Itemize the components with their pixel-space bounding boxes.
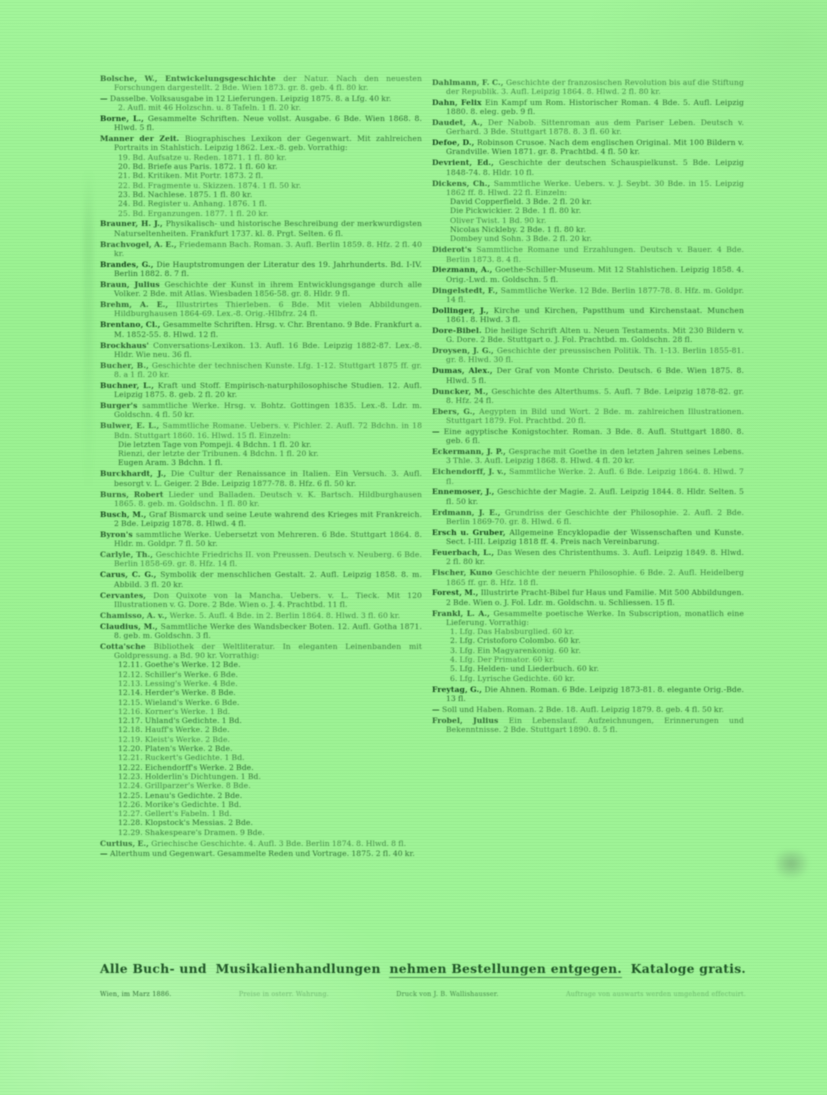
left-margin-scan-streak [84,170,93,490]
catalog-entry: Frankl, L. A., Gesammelte poetische Werk… [432,609,744,628]
catalog-sub-item: 2. Lfg. Cristoforo Colombo. 60 kr. [432,636,744,645]
entry-author-lead: Burger's [100,401,142,410]
footer-notice-line: Alle Buch- und Musikalienhandlungen nehm… [100,961,746,981]
catalog-entry: Burger's sammtliche Werke. Hrsg. v. Boht… [100,401,422,420]
entry-author-lead: Freytag, G., [432,685,484,694]
catalog-entry: Chamisso, A. v., Werke. 5. Aufl. 4 Bde. … [100,611,422,620]
imprint-printer: Druck von J. B. Wallishausser. [396,990,498,998]
catalog-sub-item: David Copperfield. 3 Bde. 2 fl. 20 kr. [432,197,744,206]
catalog-sub-item: 12.16. Korner's Werke. 1 Bd. [100,707,422,716]
catalog-sub-item: 25. Bd. Erganzungen. 1877. 1 fl. 20 kr. [100,209,422,218]
entry-author-lead: Ebers, G., [432,407,479,416]
entry-author-lead: Diezmann, A., [432,265,495,274]
catalog-sub-item: 12.28. Klopstock's Messias. 2 Bde. [100,818,422,827]
catalog-entry: Bolsche, W., Entwickelungsgeschichte der… [100,74,422,93]
catalog-entry: Brandes, G., Die Hauptstromungen der Lit… [100,260,422,279]
catalog-sub-item: 12.13. Lessing's Werke. 4 Bde. [100,679,422,688]
catalog-entry: Byron's sammtliche Werke. Uebersetzt von… [100,530,422,549]
catalog-sub-item: 22. Bd. Fragmente u. Skizzen. 1874. 1 fl… [100,181,422,190]
catalog-sub-item: 2. Aufl. mit 46 Holzschn. u. 8 Tafeln. 1… [100,103,422,112]
catalog-entry: Curtius, E., Griechische Geschichte. 4. … [100,839,422,848]
entry-author-lead: Claudius, M., [100,622,161,631]
catalog-entry: Carlyle, Th., Geschichte Friedrichs II. … [100,550,422,569]
catalog-entry: Brehm, A. E., Illustrirtes Thierleben. 6… [100,300,422,319]
catalog-sub-item: Dombey und Sohn. 3 Bde. 2 fl. 20 kr. [432,234,744,243]
entry-author-lead: Carus, C. G., [100,570,160,579]
catalog-sub-item: 3. Lfg. Ein Magyarenkonig. 60 kr. [432,646,744,655]
entry-author-lead: Defoe, D., [432,138,477,147]
entry-author-lead: — [100,94,110,103]
entry-author-lead: Busch, M., [100,510,149,519]
catalog-entry: Ersch u. Gruber, Allgemeine Encyklopadie… [432,528,744,547]
catalog-entry: Eckermann, J. P., Gesprache mit Goethe i… [432,447,744,466]
entry-author-lead: Braun, Julius [100,280,165,289]
catalog-sub-item: 19. Bd. Aufsatze u. Reden. 1871. 1 fl. 8… [100,153,422,162]
catalog-entry: Claudius, M., Sammtliche Werke des Wands… [100,622,422,641]
entry-author-lead: Brachvogel, A. E., [100,240,179,249]
footer-notice-segment-underlined: nehmen Bestellungen entgegen. [389,961,621,978]
catalog-entry: Buchner, L., Kraft und Stoff. Empirisch-… [100,381,422,400]
entry-author-lead: Manner der Zeit. [100,134,185,143]
catalog-entry: Bucher, B., Geschichte der technischen K… [100,361,422,380]
entry-author-lead: Eichendorff, J. v., [432,467,509,476]
catalog-sub-item: 6. Lfg. Lyrische Gedichte. 60 kr. [432,674,744,683]
catalog-sub-item: 12.20. Platen's Werke. 2 Bde. [100,744,422,753]
catalog-sub-item: 12.12. Schiller's Werke. 6 Bde. [100,670,422,679]
entry-author-lead: Dingelstedt, F., [432,286,501,295]
catalog-entry: Brachvogel, A. E., Friedemann Bach. Roma… [100,240,422,259]
catalog-sub-item: 24. Bd. Register u. Anhang. 1876. 1 fl. [100,199,422,208]
catalog-entry: Eichendorff, J. v., Sammtliche Werke. 2.… [432,467,744,486]
entry-author-lead: Eckermann, J. P., [432,447,509,456]
catalog-sub-item: 12.19. Kleist's Werke. 2 Bde. [100,735,422,744]
catalog-entry: Dore-Bibel. Die heilige Schrift Alten u.… [432,326,744,345]
catalog-entry: Daudet, A., Der Nabob. Sittenroman aus d… [432,118,744,137]
catalog-entry: — Soll und Haben. Roman. 2 Bde. 18. Aufl… [432,705,744,714]
entry-author-lead: Forest, M., [432,588,481,597]
entry-author-lead: Devrient, Ed., [432,158,499,167]
catalog-sub-item: Eugen Aram. 3 Bdchn. 1 fl. [100,458,422,467]
catalog-entry: Brockhaus' Conversations-Lexikon. 13. Au… [100,341,422,360]
entry-author-lead: Buchner, L., [100,381,158,390]
entry-author-lead: Duncker, M., [432,387,492,396]
catalog-column-right: Dahlmann, F. C., Geschichte der franzosi… [432,76,744,944]
catalog-entry: Manner der Zeit. Biographisches Lexikon … [100,134,422,153]
entry-author-lead: Carlyle, Th., [100,550,156,559]
entry-author-lead: Cervantes, [100,591,153,600]
imprint-order-note: Auftrage von auswarts werden umgehend ef… [566,990,746,998]
catalog-entry: Dahn, Felix Ein Kampf um Rom. Historisch… [432,98,744,117]
entry-author-lead: Brehm, A. E., [100,300,176,309]
catalog-sub-item: 5. Lfg. Helden- und Liederbuch. 60 kr. [432,664,744,673]
catalog-sub-item: 12.25. Lenau's Gedichte. 2 Bde. [100,791,422,800]
entry-author-lead: Chamisso, A. v., [100,611,170,620]
entry-author-lead: Brentano, Cl., [100,320,163,329]
entry-author-lead: Ennemoser, J., [432,487,497,496]
catalog-entry: Dahlmann, F. C., Geschichte der franzosi… [432,78,744,97]
catalog-entry: Dickens, Ch., Sammtliche Werke. Uebers. … [432,179,744,198]
entry-author-lead: Brandes, G., [100,260,157,269]
entry-author-lead: Dumas, Alex., [432,366,497,375]
catalog-entry: Forest, M., Illustrirte Pracht-Bibel fur… [432,588,744,607]
catalog-sub-item: 12.29. Shakespeare's Dramen. 9 Bde. [100,828,422,837]
catalog-entry: Freytag, G., Die Ahnen. Roman. 6 Bde. Le… [432,685,744,704]
catalog-entry: Busch, M., Graf Bismarck und seine Leute… [100,510,422,529]
catalog-entry: Erdmann, J. E., Grundriss der Geschichte… [432,508,744,527]
catalog-sub-item: Oliver Twist. 1 Bd. 90 kr. [432,216,744,225]
catalog-entry: — Dasselbe. Volksausgabe in 12 Lieferung… [100,94,422,103]
entry-author-lead: Bolsche, W., Entwickelungsgeschichte [100,74,283,83]
catalog-entry: Borne, L., Gesammelte Schriften. Neue vo… [100,114,422,133]
footer-imprint-line: Wien, im Marz 1886. Preise in osterr. Wa… [100,990,746,1001]
catalog-entry: Feuerbach, L., Das Wesen des Christenthu… [432,548,744,567]
catalog-entry: — Alterthum und Gegenwart. Gesammelte Re… [100,849,422,858]
catalog-entry: Brentano, Cl., Gesammelte Schriften. Hrs… [100,320,422,339]
entry-author-lead: Droysen, J. G., [432,346,497,355]
catalog-sub-item: 12.18. Hauff's Werke. 2 Bde. [100,725,422,734]
catalog-entry: Braun, Julius Geschichte der Kunst in ih… [100,280,422,299]
footer-notice-segment: Alle Buch- und [100,961,207,976]
entry-author-lead: Dahlmann, F. C., [432,78,506,87]
catalog-sub-item: 12.21. Ruckert's Gedichte. 1 Bd. [100,753,422,762]
entry-author-lead: Burckhardt, J., [100,469,171,478]
entry-author-lead: Cotta'sche [100,642,154,651]
catalog-sub-item: 12.23. Holderlin's Dichtungen. 1 Bd. [100,772,422,781]
catalog-sub-item: 12.22. Eichendorff's Werke. 2 Bde. [100,763,422,772]
entry-author-lead: Daudet, A., [432,118,488,127]
catalog-sub-item: 20. Bd. Briefe aus Paris. 1872. 1 fl. 60… [100,162,422,171]
catalog-entry: Burns, Robert Lieder und Balladen. Deuts… [100,490,422,509]
catalog-sub-item: 12.26. Morike's Gedichte. 1 Bd. [100,800,422,809]
catalog-entry: Dumas, Alex., Der Graf von Monte Christo… [432,366,744,385]
entry-author-lead: Diderot's [432,245,476,254]
entry-author-lead: Frankl, L. A., [432,609,493,618]
entry-author-lead: Burns, Robert [100,490,168,499]
catalog-column-left: Bolsche, W., Entwickelungsgeschichte der… [100,72,422,960]
catalog-sub-item: 12.15. Wieland's Werke. 6 Bde. [100,698,422,707]
entry-author-lead: Erdmann, J. E., [432,508,505,517]
scanned-catalog-page: Bolsche, W., Entwickelungsgeschichte der… [0,0,827,1095]
catalog-entry: Burckhardt, J., Die Cultur der Renaissan… [100,469,422,488]
catalog-entry: Ennemoser, J., Geschichte der Magie. 2. … [432,487,744,506]
catalog-sub-item: Die letzten Tage von Pompeji. 4 Bdchn. 1… [100,440,422,449]
entry-author-lead: — [432,427,444,436]
catalog-entry: Dollinger, J., Kirche und Kirchen, Papst… [432,306,744,325]
entry-author-lead: Ersch u. Gruber, [432,528,509,537]
entry-author-lead: Dollinger, J., [432,306,494,315]
catalog-entry: Defoe, D., Robinson Crusoe. Nach dem eng… [432,138,744,157]
entry-author-lead: Feuerbach, L., [432,548,497,557]
entry-author-lead: — [100,849,110,858]
entry-author-lead: Byron's [100,530,136,539]
catalog-entry: Bulwer, E. L., Sammtliche Romane. Uebers… [100,421,422,440]
catalog-entry: Dingelstedt, F., Sammtliche Werke. 12 Bd… [432,286,744,305]
catalog-sub-item: 4. Lfg. Der Primator. 60 kr. [432,655,744,664]
catalog-entry: Diezmann, A., Goethe-Schiller-Museum. Mi… [432,265,744,284]
entry-author-lead: Frobel, Julius [432,716,509,725]
catalog-entry: Devrient, Ed., Geschichte der deutschen … [432,158,744,177]
catalog-entry: Cervantes, Don Quixote von la Mancha. Ue… [100,591,422,610]
catalog-sub-item: 23. Bd. Nachlese. 1875. 1 fl. 80 kr. [100,190,422,199]
entry-author-lead: Fischer, Kuno [432,568,495,577]
entry-author-lead: Curtius, E., [100,839,151,848]
entry-author-lead: Brockhaus' [100,341,153,350]
footer-notice-segment: Kataloge gratis. [631,961,746,976]
catalog-entry: Frobel, Julius Ein Lebenslauf. Aufzeichn… [432,716,744,735]
catalog-entry: Ebers, G., Aegypten in Bild und Wort. 2 … [432,407,744,426]
catalog-sub-item: Rienzi, der letzte der Tribunen. 4 Bdchn… [100,449,422,458]
imprint-date: Wien, im Marz 1886. [100,990,172,998]
catalog-sub-item: 12.27. Gellert's Fabeln. 1 Bd. [100,809,422,818]
catalog-sub-item: 12.14. Herder's Werke. 8 Bde. [100,688,422,697]
paper-fold-smudge [776,850,810,880]
catalog-entry: Fischer, Kuno Geschichte der neuern Phil… [432,568,744,587]
catalog-sub-item: 1. Lfg. Das Habsburglied. 60 kr. [432,627,744,636]
entry-author-lead: Dore-Bibel. [432,326,485,335]
catalog-sub-item: 12.24. Grillparzer's Werke. 8 Bde. [100,781,422,790]
catalog-entry: Diderot's Sammtliche Romane und Erzahlun… [432,245,744,264]
entry-author-lead: Bucher, B., [100,361,152,370]
catalog-entry: Carus, C. G., Symbolik der menschlichen … [100,570,422,589]
imprint-currency-note: Preise in osterr. Wahrung. [239,990,329,998]
catalog-entry: Cotta'sche Bibliothek der Weltliteratur.… [100,642,422,661]
catalog-sub-item: Nicolas Nickleby. 2 Bde. 1 fl. 80 kr. [432,225,744,234]
catalog-sub-item: 12.11. Goethe's Werke. 12 Bde. [100,660,422,669]
catalog-sub-item: 12.17. Uhland's Gedichte. 1 Bd. [100,716,422,725]
entry-author-lead: Brauner, H. J., [100,219,166,228]
entry-author-lead: Dahn, Felix [432,98,485,107]
entry-author-lead: Bulwer, E. L., [100,421,163,430]
catalog-entry: — Eine agyptische Konigstochter. Roman. … [432,427,744,446]
catalog-sub-item: 21. Bd. Kritiken. Mit Portr. 1873. 2 fl. [100,171,422,180]
footer-notice-segment: Musikalienhandlungen [216,961,381,976]
entry-author-lead: — [432,705,442,714]
catalog-entry: Brauner, H. J., Physikalisch- und histor… [100,219,422,238]
entry-author-lead: Borne, L., [100,114,148,123]
catalog-entry: Duncker, M., Geschichte des Alterthums. … [432,387,744,406]
catalog-sub-item: Die Pickwickier. 2 Bde. 1 fl. 80 kr. [432,206,744,215]
catalog-entry: Droysen, J. G., Geschichte der preussisc… [432,346,744,365]
entry-author-lead: Dickens, Ch., [432,179,494,188]
